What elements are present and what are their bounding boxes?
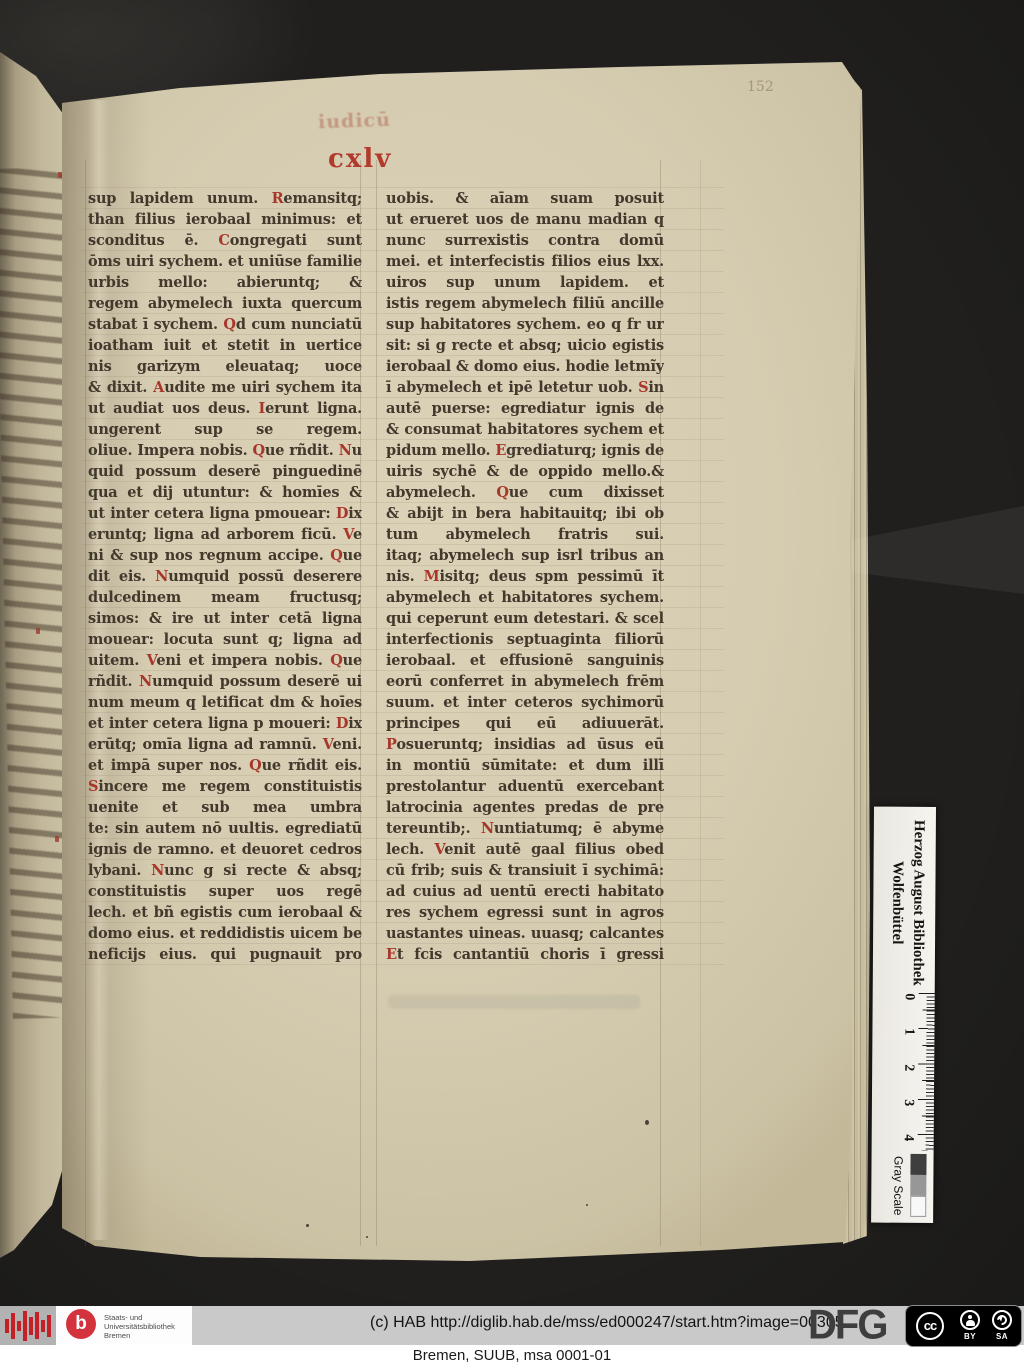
dfg-logo: DFG [808, 1302, 886, 1349]
bremen-logo: b Staats- und Universitätsbibliothek Bre… [56, 1306, 192, 1345]
ruler-institution-line2: Wolfenbüttel [886, 813, 909, 993]
ruler-number: 0 [901, 990, 917, 1004]
page-speck [366, 1236, 368, 1238]
gray-scale-dark-square [910, 1154, 926, 1175]
gray-scale-label: Gray Scale [891, 1154, 905, 1218]
color-ruler: Herzog August Bibliothek Wolfenbüttel 0 … [871, 807, 936, 1223]
previous-page-rubric-fleck [58, 172, 62, 178]
gray-scale-light-square [910, 1196, 926, 1217]
ruler-ticks [918, 993, 935, 1151]
folio-number: 152 [747, 79, 774, 95]
ruler-number: 2 [900, 1061, 916, 1075]
chapter-heading: cxlv [328, 144, 392, 174]
left-column: sup lapidem unum. Remansitq; ioathan fil… [88, 188, 362, 965]
manuscript-scan-viewer: 152 iudicū cxlv sup lapidem unum. Remans… [0, 0, 1024, 1370]
bremen-logo-line1: Staats- und [104, 1313, 175, 1322]
gray-scale-squares [910, 1154, 926, 1218]
cc-icon: cc [916, 1312, 944, 1340]
bremen-logo-circle: b [66, 1309, 96, 1339]
copyright-text: (c) HAB http://diglib.hab.de/mss/ed00024… [370, 1314, 844, 1332]
right-column: uobis. & aīam suam posuit periculis.ut e… [386, 188, 664, 965]
cc-sa-label: SA [990, 1332, 1014, 1341]
shelfmark-text: Bremen, SUUB, msa 0001-01 [0, 1347, 1024, 1364]
ruler-institution: Herzog August Bibliothek Wolfenbüttel [886, 813, 929, 993]
cc-by-group: BY [958, 1310, 982, 1341]
ghost-offset-smudge [388, 995, 640, 1009]
cc-license-badge: cc BY SA [905, 1305, 1022, 1347]
bremen-logo-text: Staats- und Universitätsbibliothek Breme… [104, 1313, 175, 1340]
vertical-rule-right-inner [376, 160, 377, 1246]
running-head-faded: iudicū [318, 109, 392, 134]
page-speck [306, 1224, 309, 1227]
previous-page-rubric-fleck [55, 836, 59, 842]
sa-arrow-icon [992, 1310, 1012, 1330]
cc-sa-group: SA [990, 1310, 1014, 1341]
gray-scale-mid-square [910, 1175, 926, 1196]
ruler-number: 1 [900, 1025, 916, 1039]
gray-scale: Gray Scale [891, 1154, 926, 1218]
ruler-institution-line1: Herzog August Bibliothek [908, 813, 929, 993]
previous-page-rubric-fleck [36, 628, 40, 634]
cc-by-label: BY [958, 1332, 982, 1341]
bremen-logo-line3: Bremen [104, 1331, 175, 1340]
by-person-icon [960, 1310, 980, 1330]
page-speck [586, 1204, 588, 1206]
bremen-logo-line2: Universitätsbibliothek [104, 1322, 175, 1331]
page-speck [645, 1120, 649, 1125]
ruler-number: 4 [900, 1131, 916, 1145]
waveform-logo [0, 1306, 56, 1345]
vertical-rule-left-outer [85, 160, 86, 1246]
ruler-number: 3 [900, 1096, 916, 1110]
vertical-rule-margin [700, 160, 701, 1246]
